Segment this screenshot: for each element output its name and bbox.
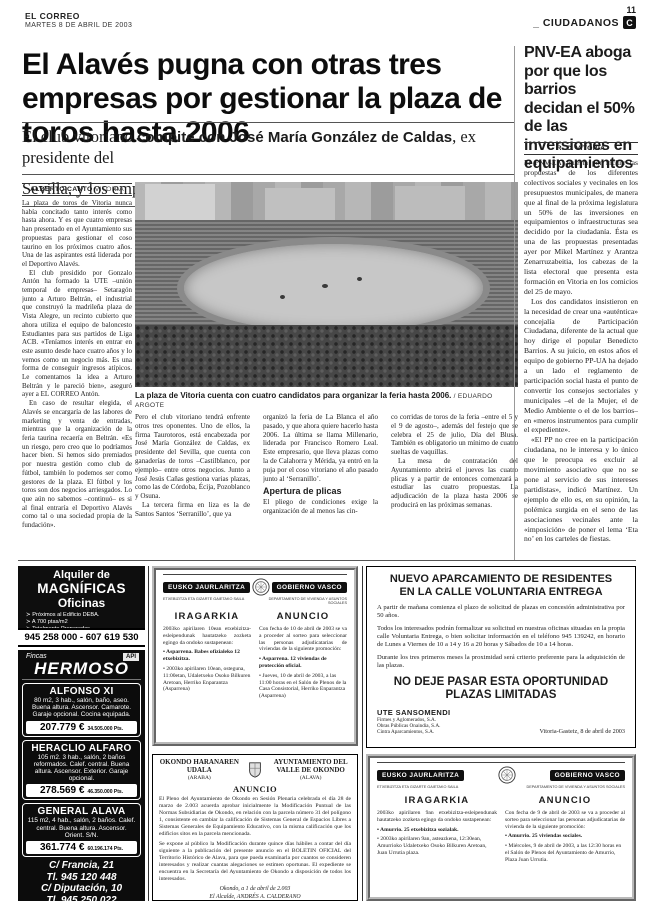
ad-paragraph: A partir de mañana comienza el plazo de … — [377, 604, 625, 620]
paragraph: El club presidido por Gonzalo Antón ha f… — [22, 269, 132, 400]
contact-line: Tl. 945 250 022 — [22, 895, 141, 901]
ad-phone-numbers: 945 258 000 - 607 619 530 — [18, 628, 145, 647]
paragraph: El pliego de condiciones exige la organi… — [263, 498, 378, 516]
ad-title-line: Alquiler de — [18, 569, 145, 581]
price-eur: 278.569 € — [40, 785, 85, 796]
paragraph: Se expone al público la Modificación dur… — [159, 841, 351, 883]
photo-torero-dot — [357, 277, 362, 281]
section-logo-icon: C — [623, 16, 636, 29]
price-eur: 361.774 € — [40, 842, 85, 853]
ads-separator — [18, 560, 636, 561]
property-listing: HERACLIO ALFARO 105 m2. 3 hab., salón, 2… — [22, 740, 141, 801]
article-column-left: La plaza de toros de Vitoria nunca había… — [22, 199, 132, 557]
column-divider — [514, 46, 515, 560]
gov-label-eu: EUSKO JAURLARITZA — [377, 770, 464, 781]
subhead-text: El club vitoriano — [22, 127, 137, 146]
firm-line: Cintra Aparcamientos, S.A. — [377, 729, 451, 735]
notice-bullet: • Miércoles, 9 de abril de 2003, a las 1… — [505, 843, 625, 863]
notice-heading: ANUNCIO — [159, 784, 351, 794]
paragraph: El Pleno del Ayuntamiento de Okondo en S… — [159, 796, 351, 838]
paragraph: La plaza de toros de Vitoria nunca había… — [22, 199, 132, 269]
listing-desc: 80 m2, 3 hab., salón, baño, aseo. Buena … — [26, 697, 137, 719]
notice-text: Con fecha de 9 de abril de 2003 se va a … — [505, 810, 625, 830]
paper-name: EL CORREO — [25, 11, 132, 21]
contact-line: C/ Francia, 21 — [22, 860, 141, 872]
notice-bullet: • Asparrena. 12 viviendas de protección … — [259, 656, 347, 670]
ad-date: Vitoria-Gasteiz, 8 de abril de 2003 — [539, 728, 625, 735]
gov-seal-icon — [252, 578, 270, 596]
warning-line: PLAZAS LIMITADAS — [377, 689, 625, 702]
ad-column-divider — [362, 566, 363, 901]
property-listing: ALFONSO XI 80 m2, 3 hab., salón, baño, a… — [22, 683, 141, 737]
ad-bullet: ≻ A 700 ptas/m2 — [26, 619, 145, 626]
listing-price: 278.569 € 46.350.000 Pts. — [26, 784, 137, 797]
gov-label-es: GOBIERNO VASCO — [550, 770, 625, 781]
sidebar-byline-text: R. C. VITORIA — [557, 145, 606, 152]
ad-title-line: EN LA CALLE VOLUNTARIA ENTREGA — [377, 586, 625, 599]
photo-crowd-foreground — [135, 325, 518, 387]
contact-line: Tl. 945 120 448 — [22, 872, 141, 884]
ute-name: UTE SANSOMENDI — [377, 708, 451, 717]
dept-eu: ETXEBIZITZA ETA GIZARTE GAIETAKO SAILA — [163, 597, 248, 605]
notice-date: Okondo, a 1 de abril de 2.003 — [159, 886, 351, 892]
photo-torero-dot — [280, 295, 285, 299]
notice-text: 2003ko apirilaren 10ean etxebizitza-esle… — [163, 626, 251, 646]
paragraph: En caso de resultar elegida, el Alavés s… — [22, 399, 132, 530]
ad-column-divider — [148, 566, 149, 901]
notice-heading-eu: IRAGARKIA — [377, 795, 497, 806]
name-text: AYUNTAMIENTO DEL VALLE DE OKONDO — [274, 758, 348, 774]
bullring-photo — [135, 182, 518, 387]
byline: ALBERTO CANTO VITORIA — [22, 183, 132, 196]
paragraph: Los dos candidatos insistieron en la nec… — [524, 297, 638, 436]
name-text: OKONDO HARANAREN UDALA — [160, 758, 239, 774]
hermoso-brand: Fincas API HERMOSO — [22, 653, 141, 680]
crosshead: Apertura de plicas — [263, 487, 378, 496]
ad-gobierno-vasco-amurrio: EUSKO JAURLARITZA GOBIERNO VASCO ETXEBIZ… — [366, 754, 636, 901]
hermoso-contact: C/ Francia, 21 Tl. 945 120 448 C/ Diputa… — [22, 860, 141, 901]
page-number: 11 — [533, 5, 636, 15]
section-label: _ CIUDADANOS — [533, 17, 619, 29]
notice-bullet: • Asparrena. Babes ofizialeko 12 etxebiz… — [163, 649, 251, 663]
subheadline-line1: El club vitoriano compite con José María… — [22, 123, 514, 175]
okondo-seal-icon — [246, 761, 264, 779]
ad-title-line: NUEVO APARCAMIENTO DE RESIDENTES — [377, 573, 625, 586]
ad-alquiler-oficinas: Alquiler de MAGNÍFICAS Oficinas ≻ Próxim… — [18, 566, 145, 628]
notice-bullet: • Jueves, 10 de abril de 2003, a las 11:… — [259, 673, 347, 700]
ad-fincas-hermoso: Fincas API HERMOSO ALFONSO XI 80 m2, 3 h… — [18, 650, 145, 901]
listing-desc: 115 m2, 4 hab., salón, 2 baños. Calef. c… — [26, 817, 137, 839]
notice-text: 2003ko apirilaren 9an etxebizitza-esleip… — [377, 810, 497, 824]
price-pts: 34.505.000 Pts. — [87, 726, 123, 732]
ad-signature: UTE SANSOMENDI Firmes y Aglomerados, S.A… — [377, 708, 451, 735]
paragraph: La tercera firma en liza es la de Santos… — [135, 501, 250, 519]
gov-label-es: GOBIERNO VASCO — [272, 582, 347, 593]
dept-eu: ETXEBIZITZA ETA GIZARTE GAIETAKO SAILA — [377, 785, 491, 789]
dept-es: DEPARTAMENTO DE VIVIENDA Y ASUNTOS SOCIA… — [511, 785, 625, 789]
brand-name: HERMOSO — [22, 659, 141, 679]
article-column-2: organizó la feria de La Blanca el año pa… — [263, 413, 378, 559]
name-sub: (ALAVA) — [270, 774, 351, 782]
listing-name: GENERAL ALAVA — [26, 806, 137, 817]
ad-title-line: Oficinas — [18, 596, 145, 610]
price-pts: 60.196.174 Pts. — [87, 846, 123, 852]
ad-okondo: OKONDO HARANAREN UDALA (ARABA) AYUNTAMIE… — [152, 754, 358, 901]
byline-place: VITORIA — [93, 186, 124, 193]
ad-paragraph: Todos los interesados podrán formalizar … — [377, 625, 625, 649]
notice-heading-es: ANUNCIO — [259, 611, 347, 622]
ad-warning: NO DEJE PASAR ESTA OPORTUNIDAD PLAZAS LI… — [377, 676, 625, 702]
notice-heading-eu: IRAGARKIA — [163, 611, 251, 622]
caption-text: La plaza de Vitoria cuenta con cuatro ca… — [135, 391, 454, 400]
paragraph: co corridas de toros de la feria –entre … — [391, 413, 518, 457]
warning-line: NO DEJE PASAR ESTA OPORTUNIDAD — [377, 676, 625, 689]
paragraph: organizó la feria de La Blanca el año pa… — [263, 413, 378, 483]
price-eur: 207.779 € — [40, 722, 85, 733]
name-sub: (ARABA) — [159, 774, 240, 782]
ad-title-line: MAGNÍFICAS — [18, 581, 145, 596]
listing-price: 361.774 € 60.196.174 Pts. — [26, 841, 137, 854]
photo-arena-ring — [177, 237, 490, 339]
listing-name: ALFONSO XI — [26, 686, 137, 697]
notice-bullet: • 2003ko apirilaren 9an, asteazkena, 12:… — [377, 836, 497, 856]
okondo-name-es: AYUNTAMIENTO DEL VALLE DE OKONDO (ALAVA) — [270, 758, 351, 782]
paragraph: «El PP no cree en la participación ciuda… — [524, 435, 638, 544]
notice-body: El Pleno del Ayuntamiento de Okondo en S… — [159, 796, 351, 883]
sidebar-byline: R. C. VITORIA — [524, 142, 638, 155]
sidebar-body: El PNV-EA apuesta por incluir las propue… — [524, 158, 638, 558]
ad-title: NUEVO APARCAMIENTO DE RESIDENTES EN LA C… — [377, 573, 625, 599]
subhead-bold: compite con José María González de Calda… — [137, 129, 452, 146]
notice-bullet: • Amurrio. 25 etxebizitza sozialak. — [377, 827, 497, 834]
listing-desc: 105 m2. 3 hab., salón, 2 baños reformado… — [26, 754, 137, 783]
gov-label-eu: EUSKO JAURLARITZA — [163, 582, 250, 593]
ad-aparcamiento: NUEVO APARCAMIENTO DE RESIDENTES EN LA C… — [366, 566, 636, 748]
ad-gobierno-vasco-asparrena: EUSKO JAURLARITZA GOBIERNO VASCO ETXEBIZ… — [152, 566, 358, 746]
notice-bullet: • Amurrio. 25 viviendas sociales. — [505, 833, 625, 840]
photo-building-block — [145, 184, 215, 220]
listing-name: HERACLIO ALFARO — [26, 743, 137, 754]
paragraph: Pero el club vitoriano tendrá enfrente o… — [135, 413, 250, 501]
price-pts: 46.350.000 Pts. — [87, 789, 123, 795]
property-listing: GENERAL ALAVA 115 m2, 4 hab., salón, 2 b… — [22, 803, 141, 857]
notice-signer: El Alcalde, ANDRÉS A. CALDERANO — [159, 894, 351, 900]
page-date: MARTES 8 DE ABRIL DE 2003 — [25, 22, 132, 29]
byline-author: ALBERTO CANTO — [30, 186, 93, 193]
photo-caption: La plaza de Vitoria cuenta con cuatro ca… — [135, 391, 518, 409]
article-column-3: co corridas de toros de la feria –entre … — [391, 413, 518, 559]
gov-seal-icon — [498, 766, 516, 784]
paragraph: El PNV-EA apuesta por incluir las propue… — [524, 158, 638, 297]
ad-paragraph: Durante los tres primeros meses la proxi… — [377, 654, 625, 670]
article-column-1: Pero el club vitoriano tendrá enfrente o… — [135, 413, 250, 559]
paragraph: La mesa de contratación del Ayuntamiento… — [391, 457, 518, 510]
page-header-right: 11 _ CIUDADANOS C — [533, 5, 636, 29]
listing-price: 207.779 € 34.505.000 Pts. — [26, 721, 137, 734]
dept-es: DEPARTAMENTO DE VIVIENDA Y ASUNTOS SOCIA… — [262, 597, 347, 605]
newspaper-page: { "page": { "paper": "EL CORREO", "date"… — [0, 0, 650, 901]
photo-bull-dot — [322, 284, 328, 288]
page-header-left: EL CORREO MARTES 8 DE ABRIL DE 2003 — [25, 11, 132, 29]
ad-bullet: ≻ Próximos al Edificio DEBA. — [26, 612, 145, 619]
okondo-name-eu: OKONDO HARANAREN UDALA (ARABA) — [159, 758, 240, 782]
notice-heading-es: ANUNCIO — [505, 795, 625, 806]
notice-text: Con fecha de 10 de abril de 2003 se va a… — [259, 626, 347, 653]
notice-bullet: • 2003ko apirilaren 10ean, osteguna, 11:… — [163, 666, 251, 693]
contact-line: C/ Diputación, 10 — [22, 883, 141, 895]
